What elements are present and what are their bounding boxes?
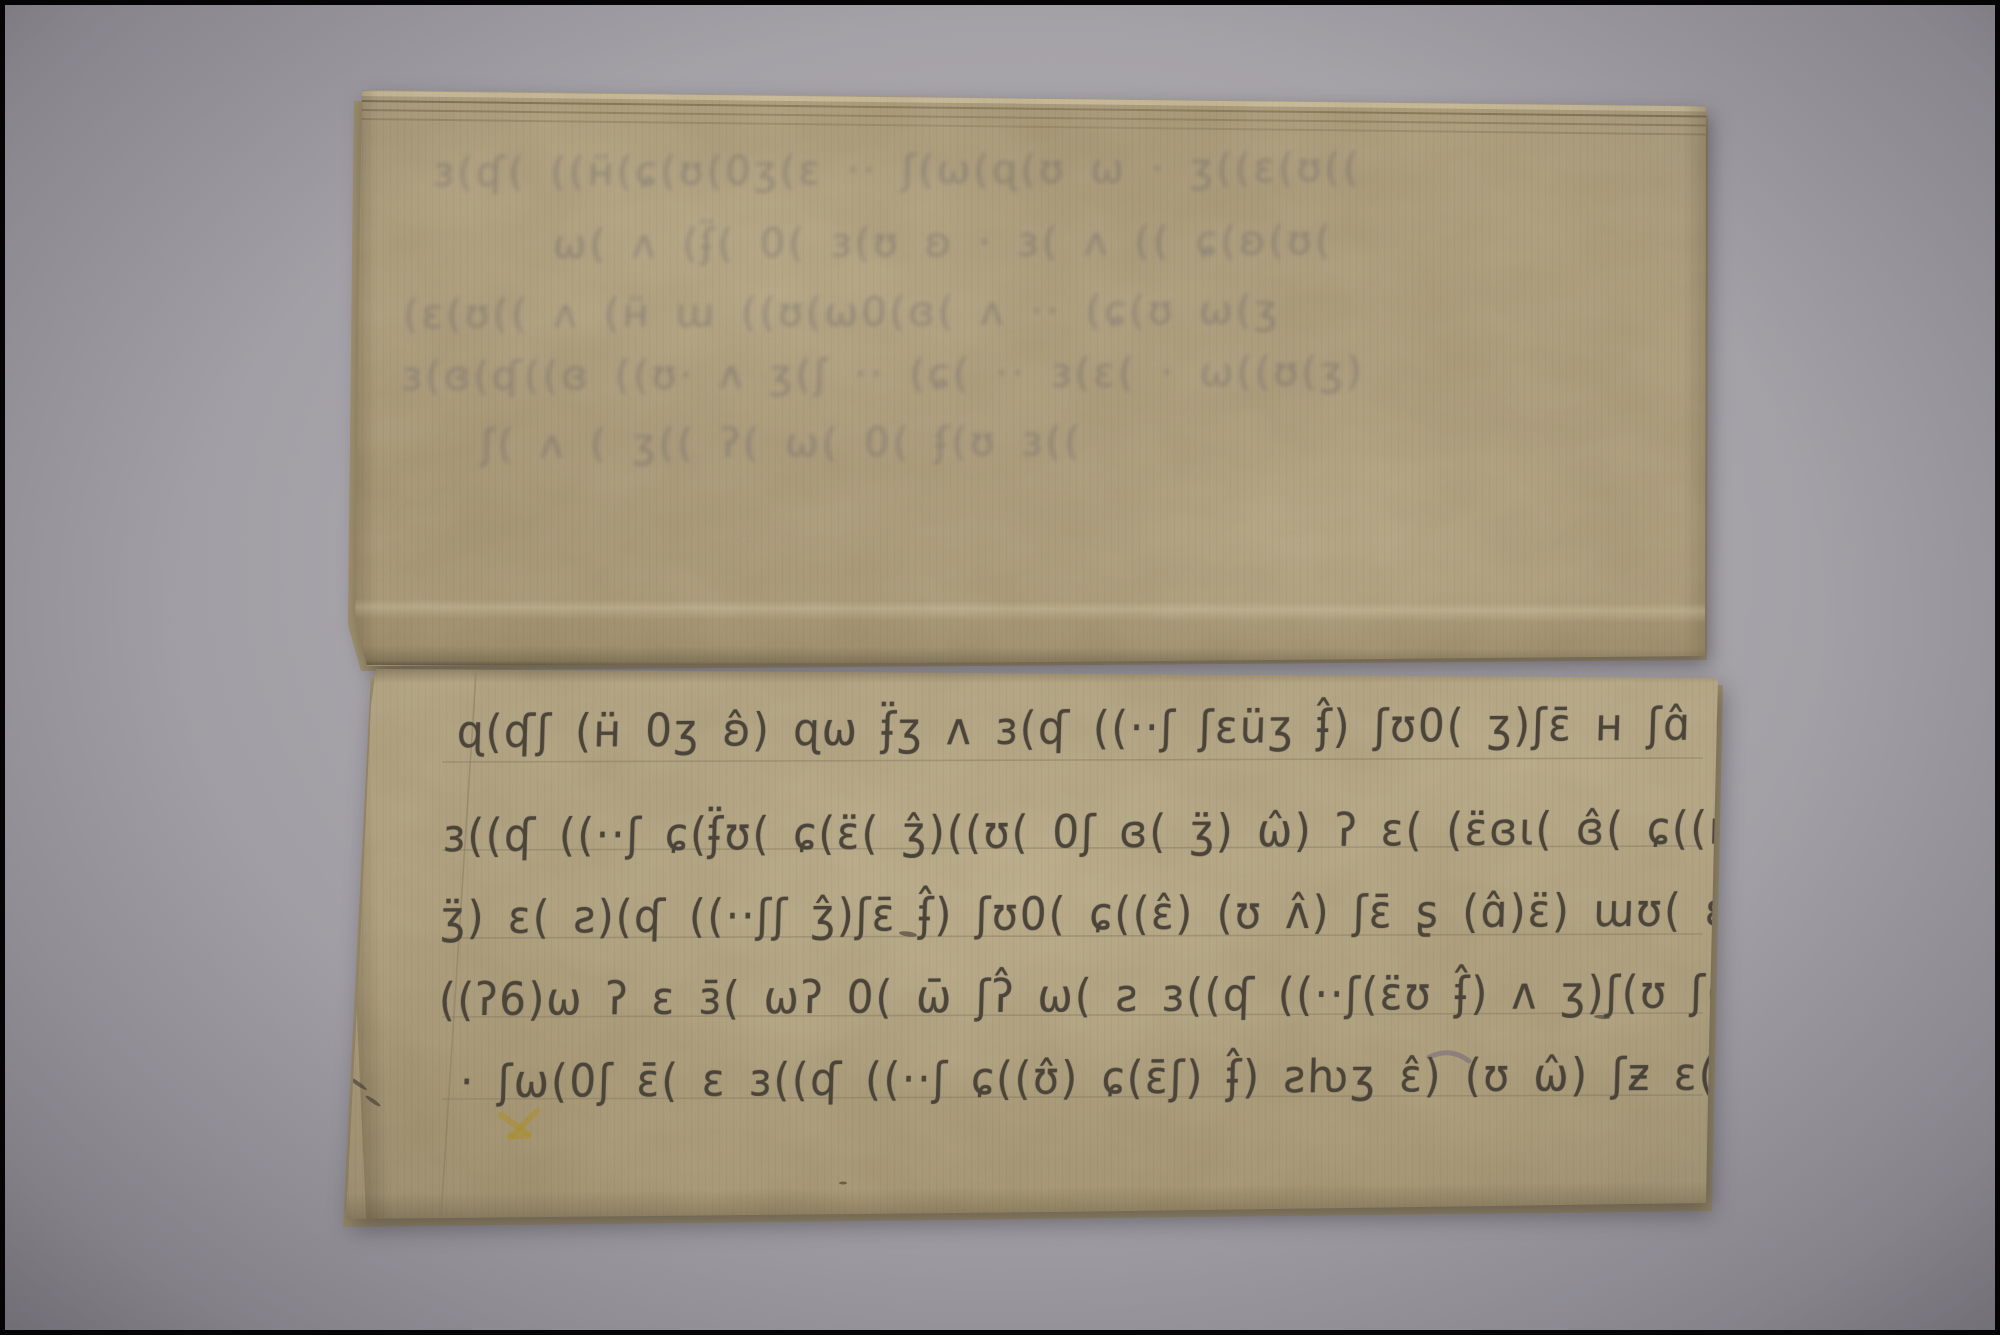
photo-frame: ɜ(ʠ( ((ʜ̈(ɕ(ʊ(0ʒ(ɛ ·· ʃ(ω(ɋ(ʊ ω · ʒ((ɛ(ʊ… — [0, 0, 2000, 1335]
manuscript-photograph: ɜ(ʠ( ((ʜ̈(ɕ(ʊ(0ʒ(ɛ ·· ʃ(ω(ɋ(ʊ ω · ʒ((ɛ(ʊ… — [5, 5, 1995, 1330]
film-grain — [5, 5, 1995, 1330]
